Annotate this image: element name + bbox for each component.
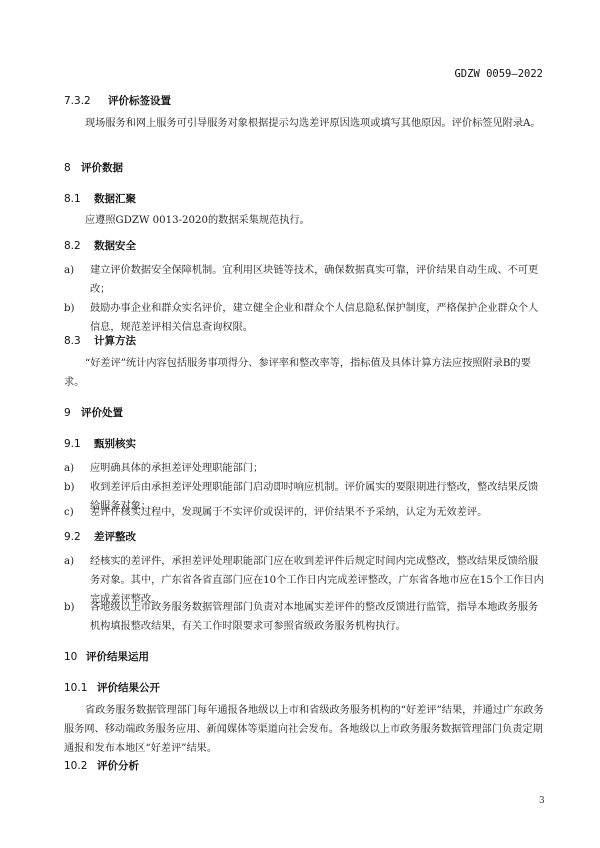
- heading-title: 数据安全: [94, 240, 136, 252]
- list-item-9-1-c: c) 差评件核实过程中，发现属于不实评价或误评的，评价结果不予采纳，认定为无效差…: [90, 503, 547, 522]
- heading-number: 9.1: [64, 438, 94, 450]
- heading-number: 9.2: [64, 531, 94, 543]
- list-marker: a): [64, 459, 74, 478]
- list-item-9-2-b: b) 各地级以上市政务服务数据管理部门负责对本地属实差评件的整改反馈进行监管，指…: [90, 598, 547, 636]
- list-marker: b): [64, 598, 75, 617]
- heading-number: 9: [64, 407, 81, 419]
- heading-10: 10评价结果运用: [64, 649, 149, 664]
- heading-number: 8.3: [64, 335, 94, 347]
- list-item-text: 建立评价数据安全保障机制。宜利用区块链等技术，确保数据真实可靠，评价结果自动生成…: [90, 265, 538, 295]
- heading-9-1: 9.1甄别核实: [64, 436, 136, 451]
- heading-7-3-2: 7.3.2评价标签设置: [64, 93, 171, 108]
- list-item-text: 差评件核实过程中，发现属于不实评价或误评的，评价结果不予采纳，认定为无效差评。: [90, 507, 487, 518]
- list-item-8-2-b: b) 鼓励办事企业和群众实名评价，建立健全企业和群众个人信息隐私保护制度，严格保…: [90, 299, 547, 337]
- heading-title: 评价处置: [81, 407, 123, 419]
- heading-title: 评价结果公开: [97, 682, 160, 694]
- paragraph-10-1: 省政务服务数据管理部门每年通报各地级以上市和省级政务服务机构的“好差评”结果，并…: [64, 701, 547, 758]
- heading-title: 评价结果运用: [86, 651, 149, 663]
- heading-number: 10.2: [64, 760, 97, 772]
- document-id-header: GDZW 0059—2022: [454, 68, 543, 80]
- heading-title: 评价标签设置: [108, 95, 171, 107]
- list-marker: b): [64, 478, 75, 497]
- heading-10-2: 10.2评价分析: [64, 758, 139, 773]
- heading-number: 8: [64, 162, 81, 174]
- list-marker: a): [64, 552, 74, 571]
- list-item-text: 各地级以上市政务服务数据管理部门负责对本地属实差评件的整改反馈进行监管，指导本地…: [90, 602, 538, 632]
- heading-number: 10: [64, 651, 86, 663]
- heading-title: 差评整改: [94, 531, 136, 543]
- heading-number: 10.1: [64, 682, 97, 694]
- heading-8: 8评价数据: [64, 160, 123, 175]
- heading-number: 8.2: [64, 240, 94, 252]
- paragraph-text: 省政务服务数据管理部门每年通报各地级以上市和省级政务服务机构的“好差评”结果，并…: [64, 705, 544, 754]
- paragraph-8-1: 应遵照GDZW 0013-2020的数据采集规范执行。: [64, 211, 547, 230]
- heading-title: 甄别核实: [94, 438, 136, 450]
- paragraph-7-3-2: 现场服务和网上服务可引导服务对象根据提示勾选差评原因选项或填写其他原因。评价标签…: [64, 114, 547, 133]
- heading-number: 8.1: [64, 193, 94, 205]
- heading-title: 数据汇聚: [94, 193, 136, 205]
- list-item-text: 鼓励办事企业和群众实名评价，建立健全企业和群众个人信息隐私保护制度，严格保护企业…: [90, 303, 538, 333]
- list-marker: c): [64, 503, 74, 522]
- paragraph-8-3: “好差评”统计内容包括服务事项得分、参评率和整改率等，指标值及具体计算方法应按照…: [64, 354, 547, 392]
- heading-title: 评价数据: [81, 162, 123, 174]
- paragraph-text: 现场服务和网上服务可引导服务对象根据提示勾选差评原因选项或填写其他原因。评价标签…: [85, 118, 541, 129]
- document-page: GDZW 0059—2022 7.3.2评价标签设置 现场服务和网上服务可引导服…: [0, 0, 600, 848]
- heading-9: 9评价处置: [64, 405, 123, 420]
- heading-9-2: 9.2差评整改: [64, 529, 136, 544]
- heading-number: 7.3.2: [64, 95, 108, 107]
- list-item-text: 应明确具体的承担差评处理职能部门；: [90, 463, 263, 474]
- paragraph-text: “好差评”统计内容包括服务事项得分、参评率和整改率等，指标值及具体计算方法应按照…: [64, 358, 531, 388]
- heading-8-3: 8.3计算方法: [64, 333, 136, 348]
- heading-8-1: 8.1数据汇聚: [64, 191, 136, 206]
- list-marker: b): [64, 299, 75, 318]
- page-number: 3: [539, 796, 545, 806]
- paragraph-text: 应遵照GDZW 0013-2020的数据采集规范执行。: [85, 215, 310, 226]
- heading-10-1: 10.1评价结果公开: [64, 680, 160, 695]
- list-item-9-1-a: a) 应明确具体的承担差评处理职能部门；: [90, 459, 547, 478]
- list-item-8-2-a: a) 建立评价数据安全保障机制。宜利用区块链等技术，确保数据真实可靠，评价结果自…: [90, 261, 547, 299]
- heading-title: 计算方法: [94, 335, 136, 347]
- heading-8-2: 8.2数据安全: [64, 238, 136, 253]
- heading-title: 评价分析: [97, 760, 139, 772]
- list-marker: a): [64, 261, 74, 280]
